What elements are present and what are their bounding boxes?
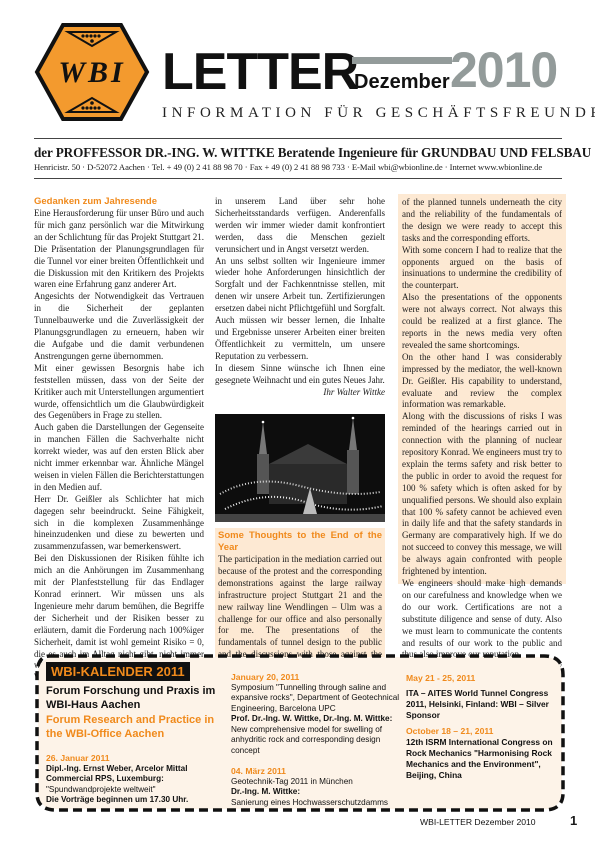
paragraph: With some concern I had to realize that …	[402, 245, 562, 293]
event-venue: Geotechnik-Tag 2011 in München	[231, 777, 401, 788]
paragraph: Also the presentations of the opponents …	[402, 292, 562, 352]
event-title: New comprehensive model for swelling of …	[231, 725, 401, 757]
footer-label: WBI-LETTER Dezember 2010	[420, 817, 536, 827]
page-number: 1	[570, 813, 577, 828]
paragraph: Herr Dr. Geißler als Schlichter hat mich…	[34, 494, 204, 554]
calendar-event: January 20, 2011 Symposium "Tunnelling t…	[231, 672, 401, 756]
paragraph: We engineers should make high demands on…	[402, 578, 562, 661]
event-title: "Spundwandprojekte weltweit"	[46, 785, 226, 796]
event-speaker: Dr.-Ing. M. Wittke:	[231, 787, 401, 798]
company-name: der PROFFESSOR DR.-ING. W. WITTKE Berate…	[34, 145, 564, 161]
calendar-event: May 21 - 25, 2011 ITA – AITES World Tunn…	[406, 673, 566, 721]
german-article-col2: in unserem Land über sehr hohe Sicherhei…	[215, 196, 385, 398]
calendar-event: 04. März 2011 Geotechnik-Tag 2011 in Mün…	[231, 766, 401, 808]
issue-month: Dezember	[354, 71, 450, 93]
event-date: October 18 – 21, 2011	[406, 726, 566, 737]
newsletter-subtitle: INFORMATION FÜR GESCHÄFTSFREUNDE	[162, 105, 562, 122]
german-article-col1: Gedanken zum Jahresende Eine Herausforde…	[34, 196, 204, 684]
aachen-townhall-photo	[215, 414, 385, 522]
calendar-badge: WBI-KALENDER 2011	[46, 662, 190, 681]
event-date: May 21 - 25, 2011	[406, 673, 566, 684]
paragraph: Eine Herausforderung für unser Büro und …	[34, 208, 204, 291]
forum-title-en: Forum Research and Practice in the WBI-O…	[46, 714, 216, 741]
event-date: January 20, 2011	[231, 672, 401, 683]
paragraph: Angesichts der Notwendigkeit das Vertrau…	[34, 291, 204, 362]
event-note: Die Vorträge beginnen um 17.30 Uhr.	[46, 795, 226, 806]
event-speaker: Dipl.-Ing. Ernst Weber, Arcelor Mittal C…	[46, 764, 226, 785]
paragraph: of the planned tunnels underneath the ci…	[402, 197, 562, 245]
event-date: 26. Januar 2011	[46, 753, 226, 764]
paragraph: Auch gaben die Darstellungen der Gegense…	[34, 422, 204, 493]
event-title: ITA – AITES World Tunnel Congress 2011, …	[406, 688, 566, 721]
german-article-heading: Gedanken zum Jahresende	[34, 196, 204, 208]
paragraph: in unserem Land über sehr hohe Sicherhei…	[215, 196, 385, 256]
issue-year: 2010	[450, 44, 557, 96]
paragraph: On the other hand I was considerably imp…	[402, 352, 562, 412]
english-article-col3: of the planned tunnels underneath the ci…	[398, 194, 566, 584]
english-article-heading: Some Thoughts to the End of the Year	[218, 530, 382, 554]
company-address: Henricistr. 50 · D-52072 Aachen · Tel. +…	[34, 162, 564, 172]
paragraph: In diesem Sinne wünsche ich Ihnen eine g…	[215, 363, 385, 387]
title-accent-bar	[352, 57, 452, 64]
paragraph: An uns selbst sollten wir Ingenieure imm…	[215, 256, 385, 363]
svg-text:WBI: WBI	[58, 56, 125, 89]
event-date: 04. März 2011	[231, 766, 401, 777]
wbi-logo: WBI	[34, 22, 150, 122]
german-signature: Ihr Walter Wittke	[215, 387, 385, 399]
event-title: 12th ISRM International Congress on Rock…	[406, 737, 566, 781]
event-speaker: Prof. Dr.-Ing. W. Wittke, Dr.-Ing. M. Wi…	[231, 714, 401, 725]
event-venue: Symposium "Tunnelling through saline and…	[231, 683, 401, 715]
forum-title-de: Forum Forschung und Praxis im WBI-Haus A…	[46, 685, 216, 712]
paragraph: Along with the discussions of risks I wa…	[402, 411, 562, 578]
header-divider	[34, 138, 562, 139]
calendar-event: October 18 – 21, 2011 12th ISRM Internat…	[406, 726, 566, 781]
newsletter-title: LETTER	[162, 46, 358, 98]
event-title: Sanierung eines Hochwasserschutzdamms	[231, 798, 401, 809]
paragraph: Mit einer gewissen Besorgnis habe ich fe…	[34, 363, 204, 423]
calendar-event: 26. Januar 2011 Dipl.-Ing. Ernst Weber, …	[46, 753, 226, 806]
address-divider	[34, 178, 562, 179]
